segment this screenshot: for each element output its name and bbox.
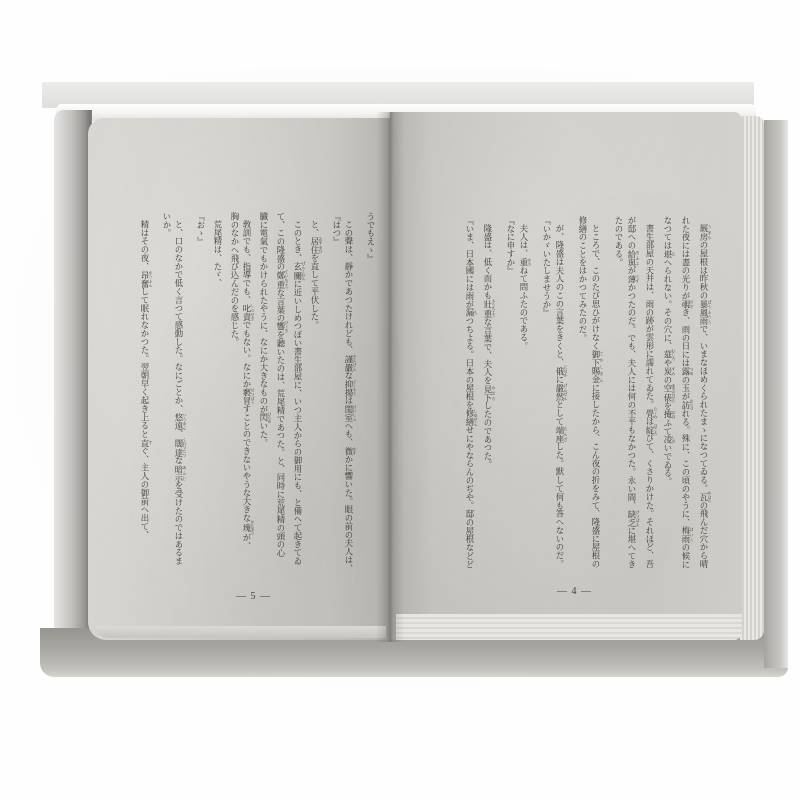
text-column: と、居住ゐずまひを直して平伏した。 xyxy=(306,212,323,580)
text-column: 夫人は、重かさねて問ふたのである。 xyxy=(514,216,532,584)
left-page-bottom-edge xyxy=(96,626,386,638)
text-column: て、この隆盛の鄭重ていちような言葉の響ひゞきを聽いたのは、荒尾精であつた。と、同… xyxy=(272,212,289,580)
text-column: が、隆盛は夫人のこの言葉をきくと、俄にはかに嚴然げんぜんとして端座たんざした。默… xyxy=(550,216,568,584)
text-column: 『いま、日本國には雨が漏もつちよる。日本の屋根を修繕しゆぜんせにやならんのぢや。… xyxy=(460,216,478,584)
text-column: 精はその夜、昂奮かうふんして眠れなかつた。翌朝早く起き上ると直すぐ、主人の御前へ… xyxy=(136,212,153,580)
text-column: 『なに申すか』 xyxy=(496,216,514,584)
book-right-shadow xyxy=(764,120,788,668)
text-column: たのである。 xyxy=(604,216,622,584)
text-column: と、口のなかで低く言つて感動した。なにごとか、悠遠いうゑん、闊達くわつたつな暗示… xyxy=(170,212,187,580)
page-4-text: 厩房うまやの屋根は昨秋の暴風雨ばうふううで、いまなほめくられたまゝになつてゐる。… xyxy=(458,216,712,584)
text-column: が邸への給與きふよが薄うすかつたのだ。でも、夫人には何の不平もなかつた。永い間、… xyxy=(622,216,640,584)
page-number-5: ― 5 ― xyxy=(236,591,271,602)
text-column: れた夜には晝の光りが覗のぞき、雨の日には露つゆの玉が訪おとづれる。殊に、この頃の… xyxy=(676,216,694,584)
text-column: 『はつ』 xyxy=(323,212,340,580)
text-column: 荒尾精は、たゞ、 xyxy=(204,212,221,580)
text-column: 胸のなかへ飛び込んだのを感じた。 xyxy=(221,212,238,580)
page-number-4: ― 4 ― xyxy=(557,586,592,597)
right-fore-edge xyxy=(740,116,764,640)
text-column: なつては堪たへられない。その穴に、莚むしろや炭すみの空俵あきだはらを掩おほふて凌… xyxy=(658,216,676,584)
text-column: 隆盛は、低く而かも壯重さうちような言葉で、夫人を見下みおろしたのであつた。 xyxy=(478,216,496,584)
text-column: 修繕のことをはかつてみたのだ。 xyxy=(568,216,586,584)
text-column: 敎訓でも、指導でも、叱責しつせきでもない。なにか褻冒せつばうすことのできないやう… xyxy=(238,212,255,580)
text-column: いか。 xyxy=(153,212,170,580)
text-column: このとき、玄關げんくわんに近いしめつぽい書生部屋に、いつ主人からの御用にも、と備… xyxy=(289,212,306,580)
left-page-stack-edge xyxy=(54,110,92,656)
right-page-bottom-edge xyxy=(396,614,742,640)
book-gutter xyxy=(376,112,404,642)
text-column: 厩房うまやの屋根は昨秋の暴風雨ばうふううで、いまなほめくられたまゝになつてゐる。… xyxy=(694,216,712,584)
text-column: 『おゝ』 xyxy=(187,212,204,580)
text-column: ところで、このたび思ひがけなく御下賜金ごかしきんに接したから、こん夜の折をみて、… xyxy=(586,216,604,584)
text-column: うでもえゝ』 xyxy=(357,212,374,580)
text-column: 『いかゞいたしませうか』 xyxy=(532,216,550,584)
book-photo: 厩房うまやの屋根は昨秋の暴風雨ばうふううで、いまなほめくられたまゝになつてゐる。… xyxy=(0,0,800,800)
text-column: 臓に電氣でもかけられたやうに、なにか大きなものが閃ひらめいた。 xyxy=(255,212,272,580)
page-5-text: うでもえゝ』この聲は、靜かであつたけれども、謹嚴きんげんな抑揚よくやうは閨室けい… xyxy=(134,212,374,580)
text-column: この聲は、靜かであつたけれども、謹嚴きんげんな抑揚よくやうは閨室けいしつへも、微… xyxy=(340,212,357,580)
text-column: 書生部屋の天井は、雨の跡が雲形に濡れてゐた。畳たゝみは綻ほころびて、くさりかけた… xyxy=(640,216,658,584)
